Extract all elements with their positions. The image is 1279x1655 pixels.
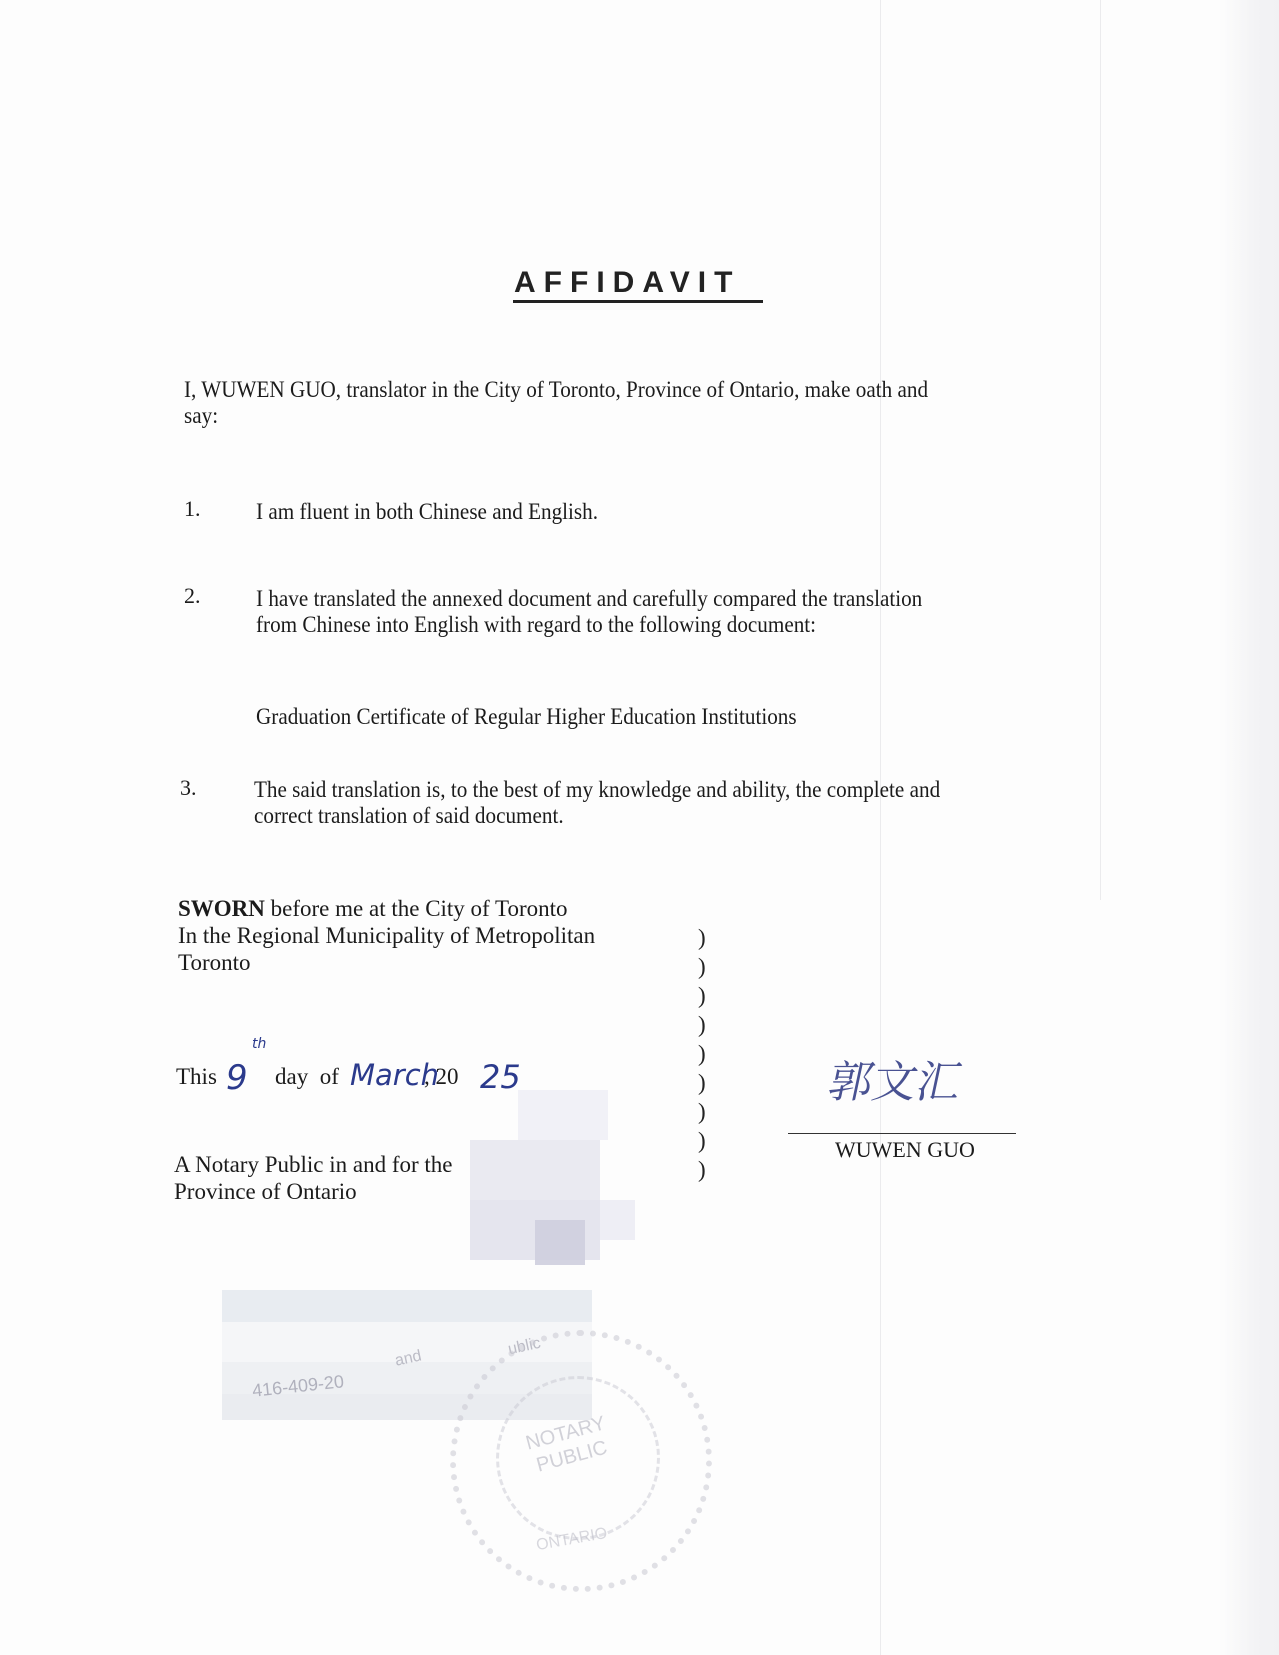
- item-2-text-line-2: from Chinese into English with regard to…: [256, 611, 816, 638]
- scan-edge-shadow: [1219, 0, 1279, 1655]
- item-1-text: I am fluent in both Chinese and English.: [256, 498, 598, 525]
- item-2-text-line-1: I have translated the annexed document a…: [256, 585, 922, 612]
- signatory-name: WUWEN GUO: [835, 1136, 975, 1163]
- parenthesis: ): [698, 1039, 718, 1068]
- parenthesis: ): [698, 1068, 718, 1097]
- parentheses-column: ) ) ) ) ) ) ) ) ): [698, 923, 718, 1184]
- item-3-text-line-1: The said translation is, to the best of …: [254, 776, 940, 803]
- title-underline: [513, 300, 763, 303]
- jurat-line-2: In the Regional Municipality of Metropol…: [178, 922, 595, 949]
- notary-embossed-seal: NOTARYPUBLIC ONTARIO: [450, 1330, 712, 1592]
- jurat-line-3: Toronto: [178, 949, 251, 976]
- handwritten-day-suffix: th: [252, 1036, 266, 1052]
- jurat-line-1: SWORN before me at the City of Toronto: [178, 895, 568, 922]
- handwritten-signature: 郭文汇: [823, 1046, 969, 1110]
- handwritten-day: 9: [226, 1058, 248, 1098]
- parenthesis: ): [698, 952, 718, 981]
- parenthesis: ): [698, 1155, 718, 1184]
- sworn-label: SWORN: [178, 896, 265, 921]
- parenthesis: ): [698, 1097, 718, 1126]
- item-number: 2.: [184, 583, 201, 609]
- notary-line-2: Province of Ontario: [174, 1178, 357, 1205]
- referenced-document-name: Graduation Certificate of Regular Higher…: [256, 703, 797, 730]
- date-year-prefix: , 20: [424, 1063, 459, 1090]
- scan-artifact-line: [1100, 0, 1101, 900]
- sworn-text: before me at the City of Toronto: [265, 896, 568, 921]
- page-title: AFFIDAVIT: [514, 266, 740, 300]
- handwritten-year: 25: [480, 1058, 521, 1096]
- date-prefix: This: [176, 1063, 217, 1090]
- item-number: 1.: [184, 496, 201, 522]
- date-day-of: day of: [275, 1063, 339, 1090]
- parenthesis: ): [698, 981, 718, 1010]
- parenthesis: ): [698, 1010, 718, 1039]
- intro-line-1: I, WUWEN GUO, translator in the City of …: [184, 376, 928, 403]
- notary-line-1: A Notary Public in and for the: [174, 1151, 453, 1178]
- item-number: 3.: [180, 775, 197, 801]
- scan-artifact-line: [880, 0, 881, 1655]
- parenthesis: ): [698, 923, 718, 952]
- parenthesis: ): [698, 1126, 718, 1155]
- item-3-text-line-2: correct translation of said document.: [254, 802, 564, 829]
- intro-line-2: say:: [184, 402, 218, 429]
- signature-line: [788, 1133, 1016, 1134]
